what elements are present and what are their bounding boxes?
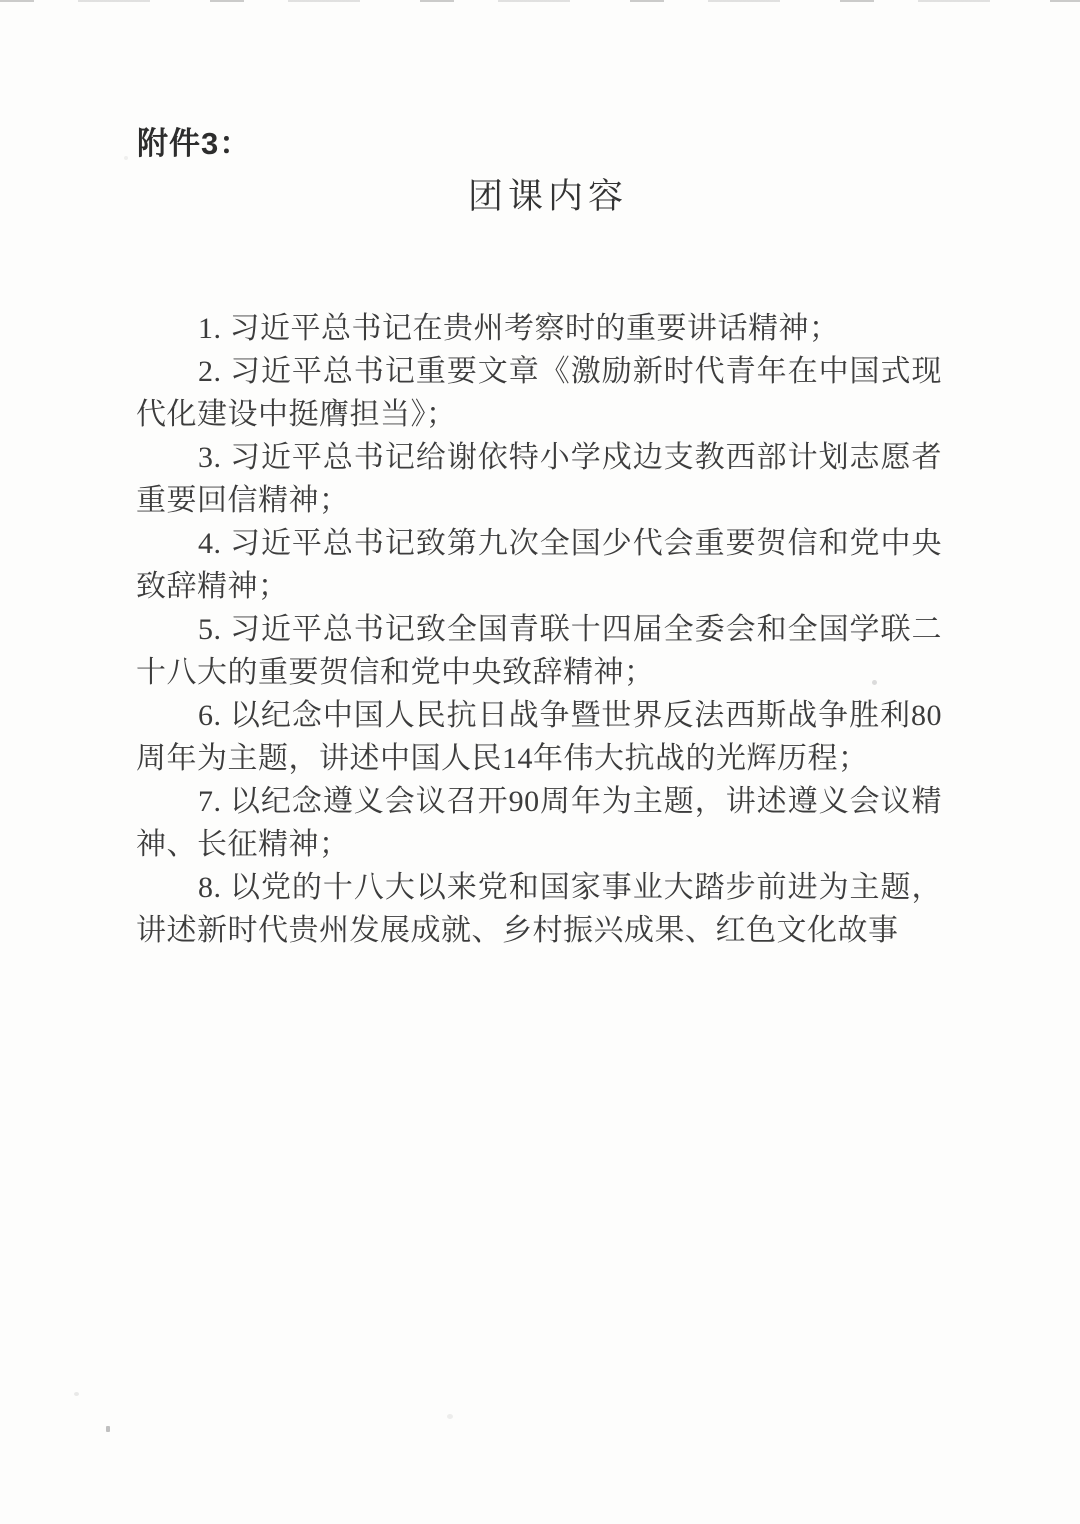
scan-speck	[124, 156, 128, 160]
scan-speck	[447, 1414, 453, 1419]
scan-speck	[74, 1392, 79, 1396]
document-body: 1. 习近平总书记在贵州考察时的重要讲话精神； 2. 习近平总书记重要文章《激励…	[136, 307, 942, 952]
page-title: 团课内容	[0, 174, 1080, 220]
list-item: 7. 以纪念遵义会议召开90周年为主题，讲述遵义会议精神、长征精神；	[136, 780, 942, 866]
list-item: 1. 习近平总书记在贵州考察时的重要讲话精神；	[136, 307, 942, 350]
list-item: 3. 习近平总书记给谢依特小学戍边支教西部计划志愿者重要回信精神；	[136, 436, 942, 522]
attachment-label: 附件3：	[137, 124, 251, 164]
list-item: 6. 以纪念中国人民抗日战争暨世界反法西斯战争胜利80周年为主题，讲述中国人民1…	[136, 694, 942, 780]
scan-artifact-top-edge	[0, 0, 1080, 2]
list-item: 5. 习近平总书记致全国青联十四届全委会和全国学联二十八大的重要贺信和党中央致辞…	[136, 608, 942, 694]
scanned-document-page: 附件3： 团课内容 1. 习近平总书记在贵州考察时的重要讲话精神； 2. 习近平…	[0, 0, 1080, 1524]
list-item: 2. 习近平总书记重要文章《激励新时代青年在中国式现代化建设中挺膺担当》；	[136, 350, 942, 436]
list-item: 8. 以党的十八大以来党和国家事业大踏步前进为主题，讲述新时代贵州发展成就、乡村…	[136, 866, 942, 952]
scan-speck	[106, 1426, 110, 1432]
list-item: 4. 习近平总书记致第九次全国少代会重要贺信和党中央致辞精神；	[136, 522, 942, 608]
scan-speck	[872, 680, 877, 685]
